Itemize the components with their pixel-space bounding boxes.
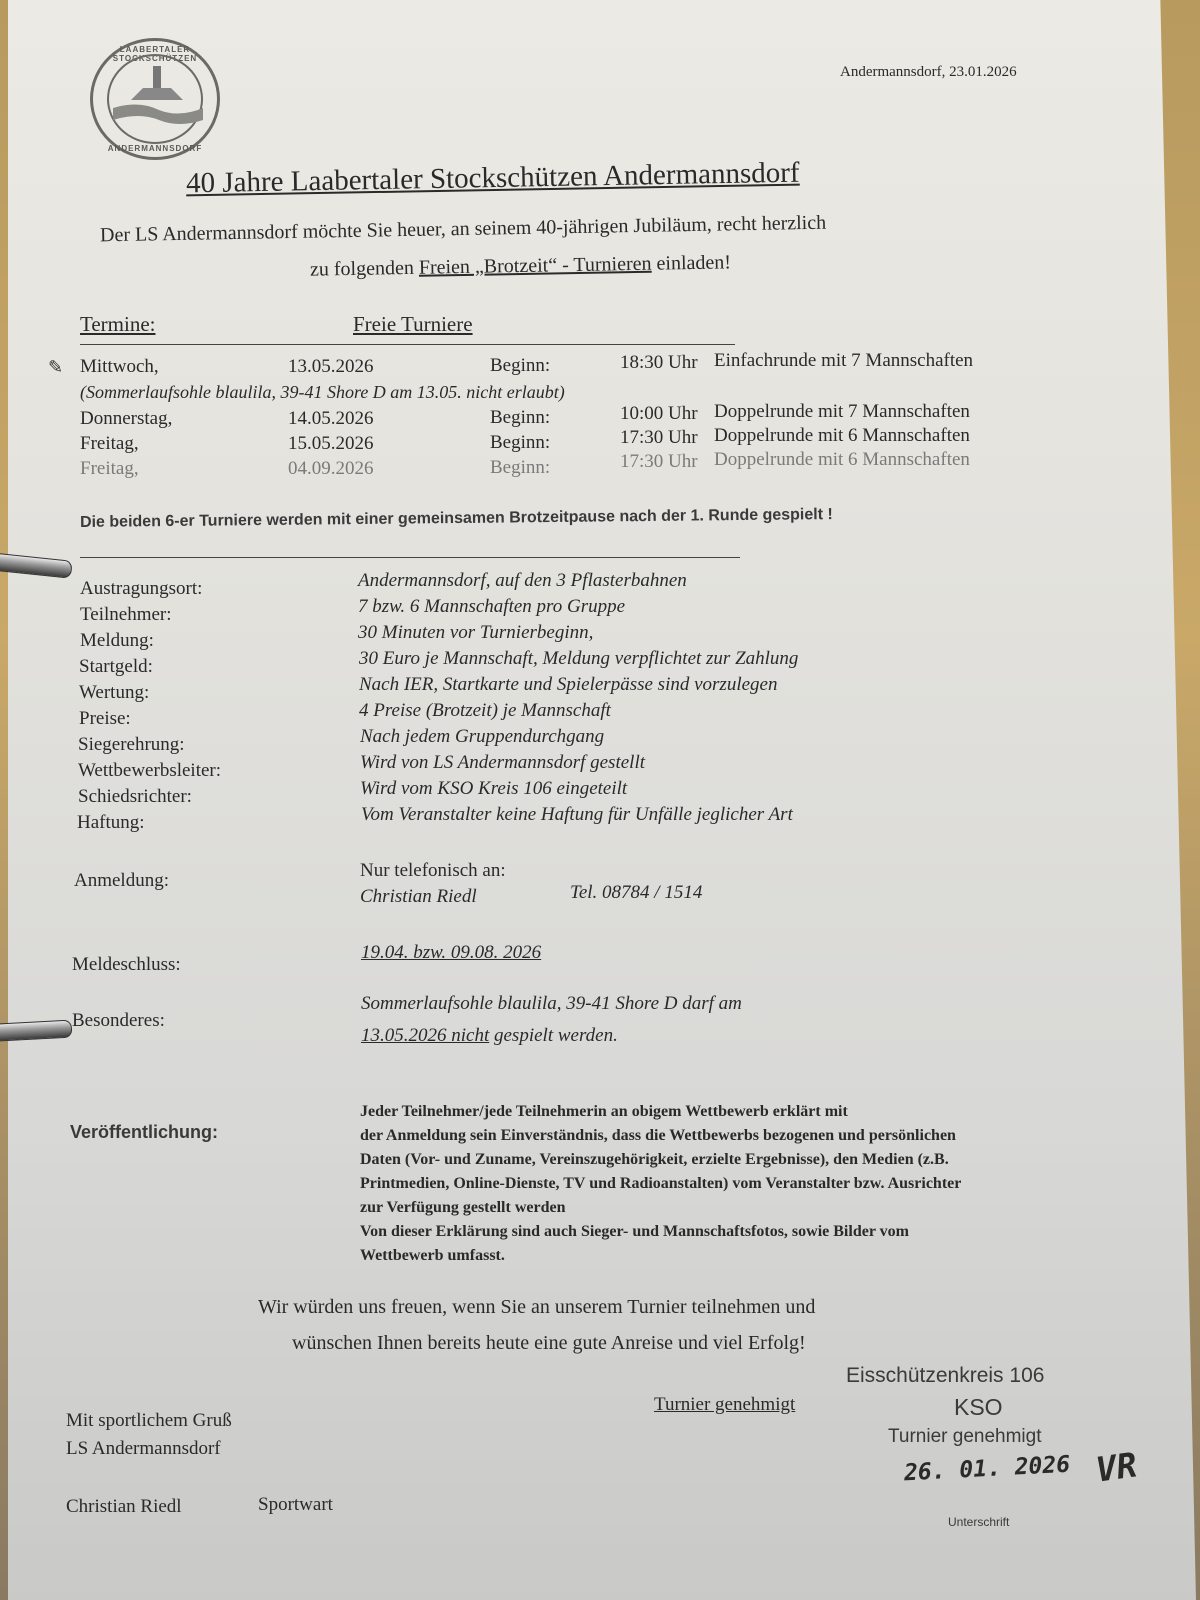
registration-label: Anmeldung: [74, 870, 169, 892]
signature-club: LS Andermannsdorf [66, 1438, 221, 1460]
schedule-begin-label: Beginn: [490, 457, 550, 479]
page-title: 40 Jahre Laabertaler Stockschützen Ander… [186, 157, 800, 201]
detail-value: 7 bzw. 6 Mannschaften pro Gruppe [358, 596, 625, 618]
signature-caption: Unterschrift [948, 1515, 1009, 1529]
schedule-format: Doppelrunde mit 6 Mannschaften [714, 449, 970, 471]
detail-value: Nach jedem Gruppendurchgang [360, 726, 604, 748]
intro-tournament-name: Freien „Brotzeit“ - Turnieren [419, 253, 652, 279]
schedule-format: Doppelrunde mit 7 Mannschaften [714, 401, 970, 423]
detail-value: 4 Preise (Brotzeit) je Mannschaft [359, 700, 611, 722]
curling-stone-icon [109, 56, 207, 146]
closing-line-1: Wir würden uns freuen, wenn Sie an unser… [258, 1296, 815, 1319]
detail-label: Teilnehmer: [80, 604, 172, 626]
deadline-label: Meldeschluss: [72, 954, 181, 976]
detail-label: Preise: [79, 708, 131, 730]
schedule-note: (Sommerlaufsohle blaulila, 39-41 Shore D… [80, 382, 565, 403]
schedule-begin-label: Beginn: [490, 432, 550, 454]
intro-prefix: zu folgenden [310, 257, 414, 281]
publication-line: Daten (Vor- und Zuname, Vereinszugehörig… [360, 1148, 1150, 1172]
registration-line: Nur telefonisch an: [360, 860, 506, 882]
intro-suffix: einladen! [656, 251, 731, 274]
special-date-underlined: 13.05.2026 nicht [361, 1025, 489, 1046]
detail-label: Wettbewerbsleiter: [78, 760, 221, 782]
schedule-time: 17:30 Uhr [620, 427, 698, 449]
schedule-format: Einfachrunde mit 7 Mannschaften [714, 350, 973, 372]
registration-phone: Tel. 08784 / 1514 [570, 882, 702, 904]
schedule-day: Mittwoch, [80, 356, 159, 378]
detail-value: Vom Veranstalter keine Haftung für Unfäl… [361, 804, 793, 826]
schedule-begin-label: Beginn: [490, 407, 550, 429]
detail-label: Siegerehrung: [78, 734, 185, 756]
schedule-heading-tournaments: Freie Turniere [353, 312, 473, 337]
seal-inner-ring [107, 54, 203, 144]
signature-name: Christian Riedl [66, 1496, 182, 1518]
schedule-begin-label: Beginn: [490, 355, 550, 377]
approval-label: Turnier genehmigt [654, 1394, 795, 1416]
schedule-date: 15.05.2026 [288, 433, 374, 455]
publication-label: Veröffentlichung: [70, 1122, 218, 1143]
schedule-date: 13.05.2026 [288, 356, 374, 378]
detail-value: Andermannsdorf, auf den 3 Pflasterbahnen [358, 570, 687, 592]
detail-value: 30 Minuten vor Turnierbeginn, [358, 622, 593, 644]
club-seal-logo-icon: LAABERTALER STOCKSCHÜTZEN ANDERMANNSDORF [90, 38, 220, 160]
publication-line: zur Verfügung gestellt werden [360, 1196, 1150, 1220]
handwritten-initials: VR [1093, 1445, 1139, 1490]
detail-label: Startgeld: [79, 656, 153, 678]
publication-line: Printmedien, Online-Dienste, TV und Radi… [360, 1172, 1150, 1196]
signature-greeting: Mit sportlichem Gruß [66, 1410, 232, 1432]
detail-value: Nach IER, Startkarte und Spielerpässe si… [359, 674, 777, 696]
publication-line: Von dieser Erklärung sind auch Sieger- u… [360, 1220, 1150, 1244]
schedule-time: 17:30 Uhr [620, 451, 698, 473]
schedule-day: Freitag, [80, 433, 139, 455]
schedule-format: Doppelrunde mit 6 Mannschaften [714, 425, 970, 447]
seal-bottom-text: ANDERMANNSDORF [93, 144, 217, 153]
schedule-divider [80, 344, 735, 345]
details-divider [80, 557, 740, 558]
pin-marker-icon: ✎ [48, 357, 63, 378]
publication-line: Wettbewerb umfasst. [360, 1244, 1150, 1268]
detail-label: Meldung: [80, 630, 154, 652]
document-page: LAABERTALER STOCKSCHÜTZEN ANDERMANNSDORF… [8, 0, 1196, 1600]
schedule-time: 10:00 Uhr [620, 403, 698, 425]
detail-value: Wird von LS Andermannsdorf gestellt [360, 752, 645, 774]
special-label: Besonderes: [72, 1010, 165, 1032]
special-line-1: Sommerlaufsohle blaulila, 39-41 Shore D … [361, 993, 742, 1015]
break-note: Die beiden 6-er Turniere werden mit eine… [80, 506, 833, 532]
schedule-heading-dates: Termine: [80, 312, 156, 337]
schedule-day: Donnerstag, [80, 408, 172, 430]
special-line-2-rest: gespielt werden. [489, 1025, 618, 1046]
special-line-2: 13.05.2026 nicht gespielt werden. [361, 1025, 618, 1047]
place-date: Andermannsdorf, 23.01.2026 [840, 64, 1017, 81]
publication-line: Jeder Teilnehmer/jede Teilnehmerin an ob… [360, 1100, 1150, 1124]
detail-label: Haftung: [77, 812, 145, 834]
stamp-line-3: Turnier genehmigt [888, 1426, 1041, 1448]
closing-line-2: wünschen Ihnen bereits heute eine gute A… [292, 1332, 806, 1355]
handwritten-date: 26. 01. 2026 [903, 1452, 1070, 1487]
detail-label: Austragungsort: [80, 578, 202, 600]
signature-role: Sportwart [258, 1494, 333, 1516]
schedule-day: Freitag, [80, 458, 139, 480]
registration-contact: Christian Riedl [360, 886, 477, 908]
stamp-line-2: KSO [954, 1394, 1003, 1421]
publication-text: Jeder Teilnehmer/jede Teilnehmerin an ob… [360, 1100, 1150, 1268]
schedule-date: 04.09.2026 [288, 458, 374, 480]
intro-line-1: Der LS Andermannsdorf möchte Sie heuer, … [100, 212, 826, 248]
schedule-time: 18:30 Uhr [620, 352, 698, 374]
schedule-date: 14.05.2026 [288, 408, 374, 430]
detail-value: Wird vom KSO Kreis 106 eingeteilt [360, 778, 627, 800]
publication-line: der Anmeldung sein Einverständnis, dass … [360, 1124, 1150, 1148]
deadline-value: 19.04. bzw. 09.08. 2026 [361, 942, 541, 964]
stamp-line-1: Eisschützenkreis 106 [846, 1364, 1044, 1388]
detail-label: Schiedsrichter: [78, 786, 192, 808]
detail-label: Wertung: [79, 682, 149, 704]
intro-line-2: zu folgenden Freien „Brotzeit“ - Turnier… [310, 251, 731, 281]
detail-value: 30 Euro je Mannschaft, Meldung verpflich… [359, 648, 798, 670]
